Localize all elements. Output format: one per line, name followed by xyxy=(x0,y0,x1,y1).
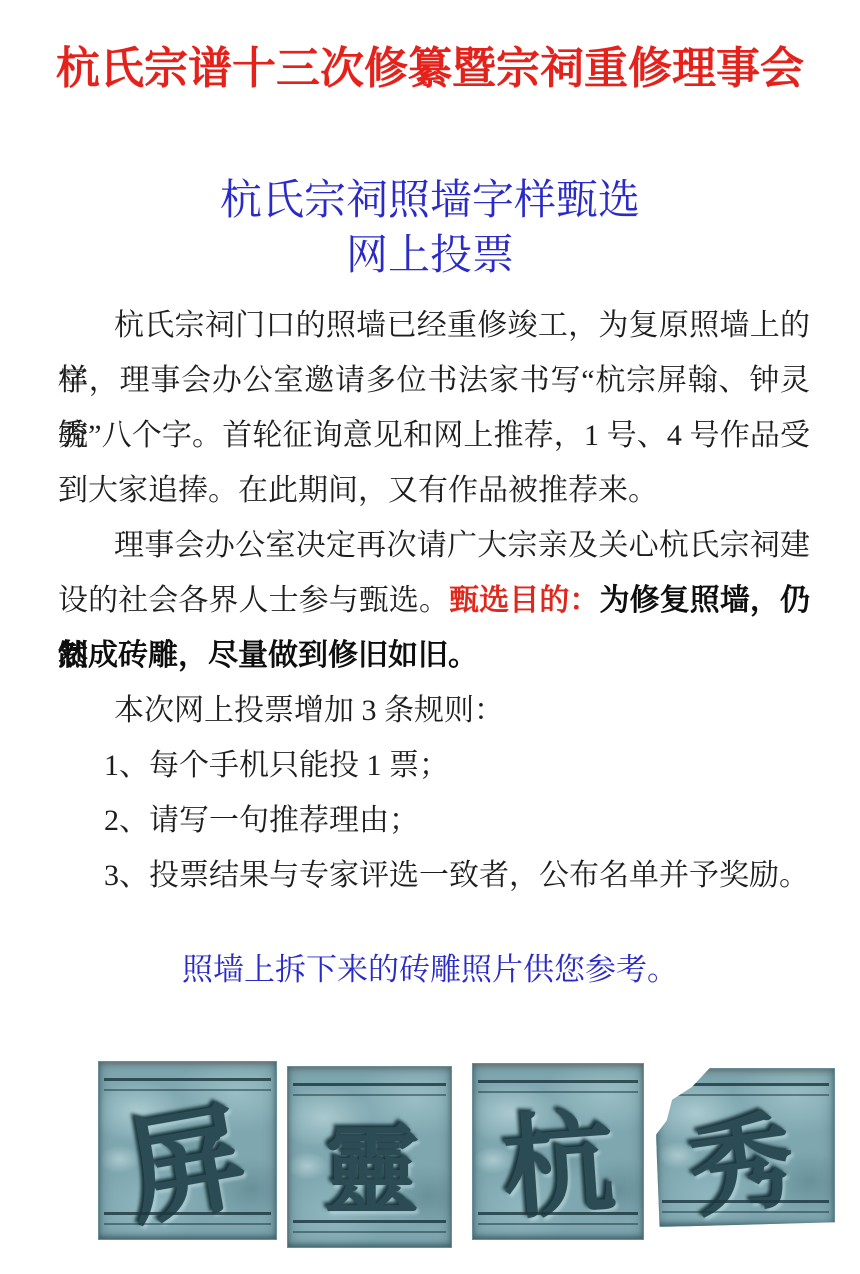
brick-character-ling: 靈 xyxy=(290,1073,453,1253)
notice-body: 杭氏宗祠门口的照墙已经重修竣工，为复原照墙上的字 样，理事会办公室邀请多位书法家… xyxy=(58,298,810,903)
rule-item-3: 3、投票结果与专家评选一致者，公布名单并予奖励。 xyxy=(58,848,810,903)
brick-photo-ling: 靈 xyxy=(287,1066,452,1248)
brick-character-ping: 屏 xyxy=(82,1053,287,1258)
paragraph2-line2: 设的社会各界人士参与甄选。甄选目的：为修复照墙，仍然 xyxy=(58,573,810,628)
brick-photo-ping: 屏 xyxy=(98,1061,277,1240)
paragraph1-line3: 秀”八个字。首轮征询意见和网上推荐，1 号、4 号作品受 xyxy=(58,408,810,463)
photos-caption: 照墙上拆下来的砖雕照片供您参考。 xyxy=(0,949,860,991)
notice-heading-line2: 网上投票 xyxy=(0,229,860,284)
paragraph1-line4: 到大家追捧。在此期间，又有作品被推荐来。 xyxy=(58,463,810,518)
brick-character-xiu: 秀 xyxy=(642,1066,839,1246)
brick-character-hang: 杭 xyxy=(468,1064,650,1250)
rule-item-2: 2、请写一句推荐理由； xyxy=(58,793,810,848)
brick-photo-xiu: 秀 xyxy=(656,1068,835,1227)
brick-photo-hang: 杭 xyxy=(472,1063,644,1240)
paragraph1-line1: 杭氏宗祠门口的照墙已经重修竣工，为复原照墙上的字 xyxy=(58,298,810,353)
notice-heading-line1: 杭氏宗祠照墙字样甄选 xyxy=(0,174,860,229)
document-page: 杭氏宗谱十三次修纂暨宗祠重修理事会 杭氏宗祠照墙字样甄选 网上投票 杭氏宗祠门口… xyxy=(0,0,860,1274)
paragraph2-line1: 理事会办公室决定再次请广大宗亲及关心杭氏宗祠建 xyxy=(58,518,810,573)
page-title: 杭氏宗谱十三次修纂暨宗祠重修理事会 xyxy=(0,0,860,98)
paragraph1-line2: 样，理事会办公室邀请多位书法家书写“杭宗屏翰、钟灵毓 xyxy=(58,353,810,408)
selection-purpose-label: 甄选目的： xyxy=(449,584,599,617)
rule-item-1: 1、每个手机只能投 1 票； xyxy=(58,738,810,793)
paragraph2-line2-normal: 设的社会各界人士参与甄选。 xyxy=(58,584,449,617)
paragraph2-line3: 制成砖雕，尽量做到修旧如旧。 xyxy=(58,628,810,683)
brick-photo-row: 屏 靈 杭 秀 xyxy=(98,1061,860,1248)
notice-heading: 杭氏宗祠照墙字样甄选 网上投票 xyxy=(0,174,860,284)
rules-intro: 本次网上投票增加 3 条规则： xyxy=(58,683,810,738)
